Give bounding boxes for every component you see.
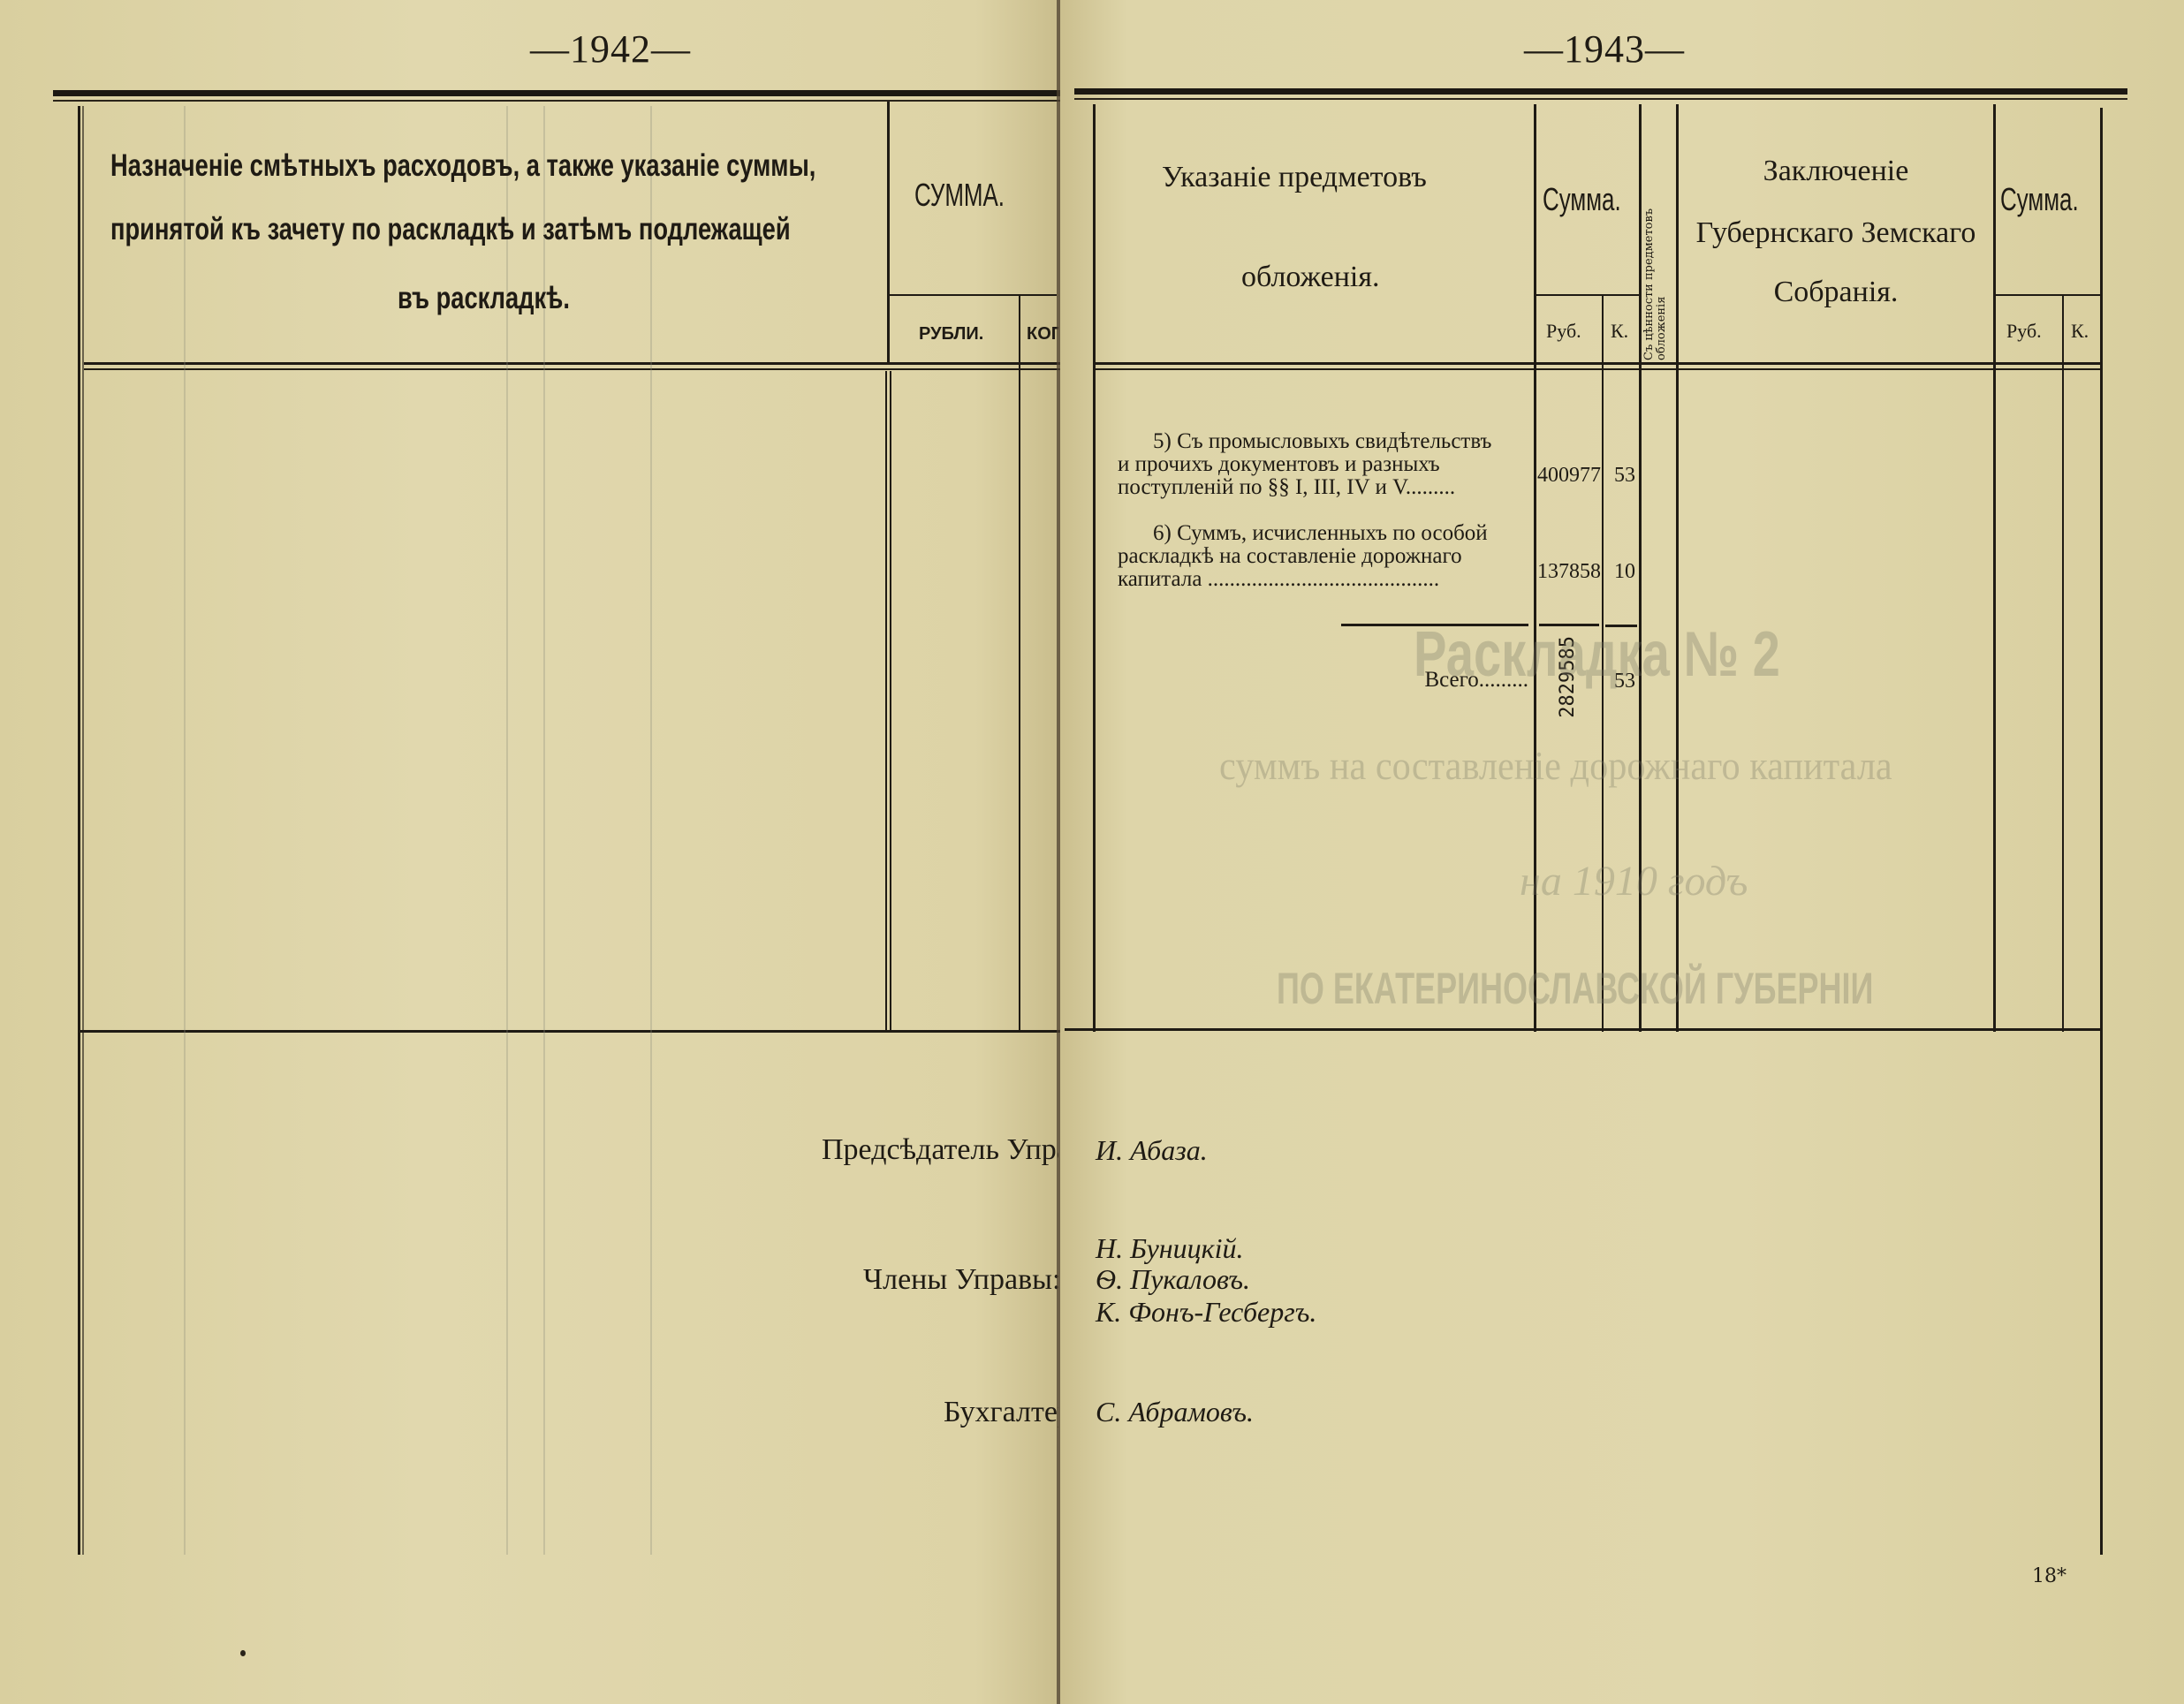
kop-column-divider — [1019, 296, 1020, 1032]
row5-rub: 400977 — [1537, 464, 1601, 488]
top-thin-rule-left — [53, 100, 1060, 102]
ghost-line — [184, 106, 186, 1555]
summa-title-right: Сумма. — [1543, 181, 1621, 218]
summa-column-divider — [887, 102, 890, 365]
ghost-line — [650, 106, 652, 1555]
table-bottom-rule-right — [1065, 1028, 2100, 1031]
value-column-header: Съ цѣнности предметовъ обложенія — [1643, 159, 1668, 360]
table-bottom-rule-left — [80, 1030, 1060, 1033]
summa-title: СУММА. — [914, 177, 1005, 214]
accountant-name: С. Абрамовъ. — [1096, 1396, 1254, 1428]
summa-column-divider-body2 — [885, 371, 887, 1032]
row6-line3: капитала ...............................… — [1118, 568, 1533, 591]
page-number-left: —1942— — [530, 27, 691, 72]
kop-label-right: К. — [1611, 320, 1628, 343]
kop2-label: К. — [2071, 320, 2089, 343]
chairman-name: И. Абаза. — [1096, 1134, 1208, 1167]
header-bottom-rule-left-2 — [84, 368, 1060, 370]
left-header-line3: въ раскладкѣ. — [398, 281, 570, 316]
table-row-6: 6) Суммъ, исчисленныхъ по особой расклад… — [1118, 522, 1533, 591]
row5-line1: 5) Съ промысловыхъ свидѣтельствъ — [1118, 430, 1533, 453]
member-name-1: Н. Буницкій. — [1096, 1232, 1244, 1265]
ink-dot — [240, 1650, 246, 1656]
rub2-label: Руб. — [2006, 320, 2042, 343]
kop-label: КОП. — [1027, 324, 1058, 345]
page-number-right: —1943— — [1524, 27, 1685, 72]
member-name-3: К. Фонъ-Гесбергъ. — [1096, 1296, 1316, 1329]
ghost-line — [506, 106, 508, 1555]
conclusion-header-line1: Заключеніе — [1679, 155, 1993, 188]
row6-line2: раскладкѣ на составленіе дорожнаго — [1118, 545, 1533, 568]
top-thin-rule-right — [1074, 98, 2127, 100]
summa-column-divider-body — [890, 371, 891, 1032]
chairman-label: Предсѣдатель Управы — [822, 1133, 1058, 1167]
conclusion-header-line2: Губернскаго Земскаго — [1679, 216, 1993, 250]
header-bottom-rule-left — [84, 362, 1060, 365]
accountant-label: Бухгалтеръ — [944, 1396, 1058, 1429]
bleed-region: ПО ЕКАТЕРИНОСЛАВСКОЙ ГУБЕРНІИ — [1277, 963, 1873, 1014]
left-header-line2: принятой къ зачету по раскладкѣ и затѣмъ… — [110, 212, 791, 247]
value-header-line1: Съ цѣнности предметовъ — [1642, 208, 1656, 360]
left-page: —1942— Назначеніе смѣтныхъ расходовъ, а … — [0, 0, 1060, 1704]
signature-mark: 18* — [2032, 1565, 2066, 1587]
rub-label-right: Руб. — [1546, 320, 1581, 343]
right-header-col1-line1: Указаніе предметовъ — [1162, 161, 1427, 194]
left-header-line1: Назначеніе смѣтныхъ расходовъ, а также у… — [110, 148, 815, 184]
top-heavy-rule-right — [1074, 88, 2127, 95]
row6-kop: 10 — [1614, 560, 1635, 584]
summa2-subheader-rule — [1995, 294, 2100, 296]
rubli-label: РУБЛИ. — [919, 324, 983, 345]
summa-subheader-rule — [889, 294, 1057, 296]
summa2-title: Сумма. — [2000, 181, 2079, 218]
left-table-border — [78, 106, 80, 1555]
row5-kop: 53 — [1614, 464, 1635, 488]
header-bottom-rule-right — [1096, 362, 2100, 365]
right-table-left-border — [1093, 104, 1096, 1032]
row6-rub: 137858 — [1537, 560, 1601, 584]
col-kop2-divider — [2062, 296, 2064, 1032]
ghost-line — [543, 106, 545, 1555]
top-heavy-rule-left — [53, 90, 1060, 96]
bleed-subtitle: суммъ на составленіе дорожнаго капитала — [1219, 742, 1892, 789]
row6-line1: 6) Суммъ, исчисленныхъ по особой — [1118, 522, 1533, 545]
summa-subheader-rule-right — [1536, 294, 1639, 296]
conclusion-header-line3: Собранія. — [1679, 276, 1993, 309]
bleed-title: Раскладка № 2 — [1414, 618, 1780, 691]
members-label: Члены Управы: — [863, 1263, 1060, 1297]
value-header-line2: обложенія — [1655, 297, 1668, 360]
row5-line2: и прочихъ документовъ и разныхъ — [1118, 453, 1533, 476]
member-name-2: Ѳ. Пукаловъ. — [1096, 1263, 1250, 1296]
row5-line3: поступленій по §§ I, III, IV и V........… — [1118, 476, 1533, 499]
right-page: —1943— Указаніе предметовъ обложенія. Су… — [1060, 0, 2184, 1704]
bleed-year: на 1910 годъ — [1520, 857, 1748, 905]
header-bottom-rule-right-2 — [1096, 368, 2100, 370]
right-header-col1-line2: обложенія. — [1241, 261, 1380, 294]
col-summa2-left — [1993, 104, 1996, 1032]
left-table-border-inner — [82, 106, 84, 1555]
right-table-right-border — [2100, 108, 2103, 1555]
table-row-5: 5) Съ промысловыхъ свидѣтельствъ и прочи… — [1118, 430, 1533, 499]
